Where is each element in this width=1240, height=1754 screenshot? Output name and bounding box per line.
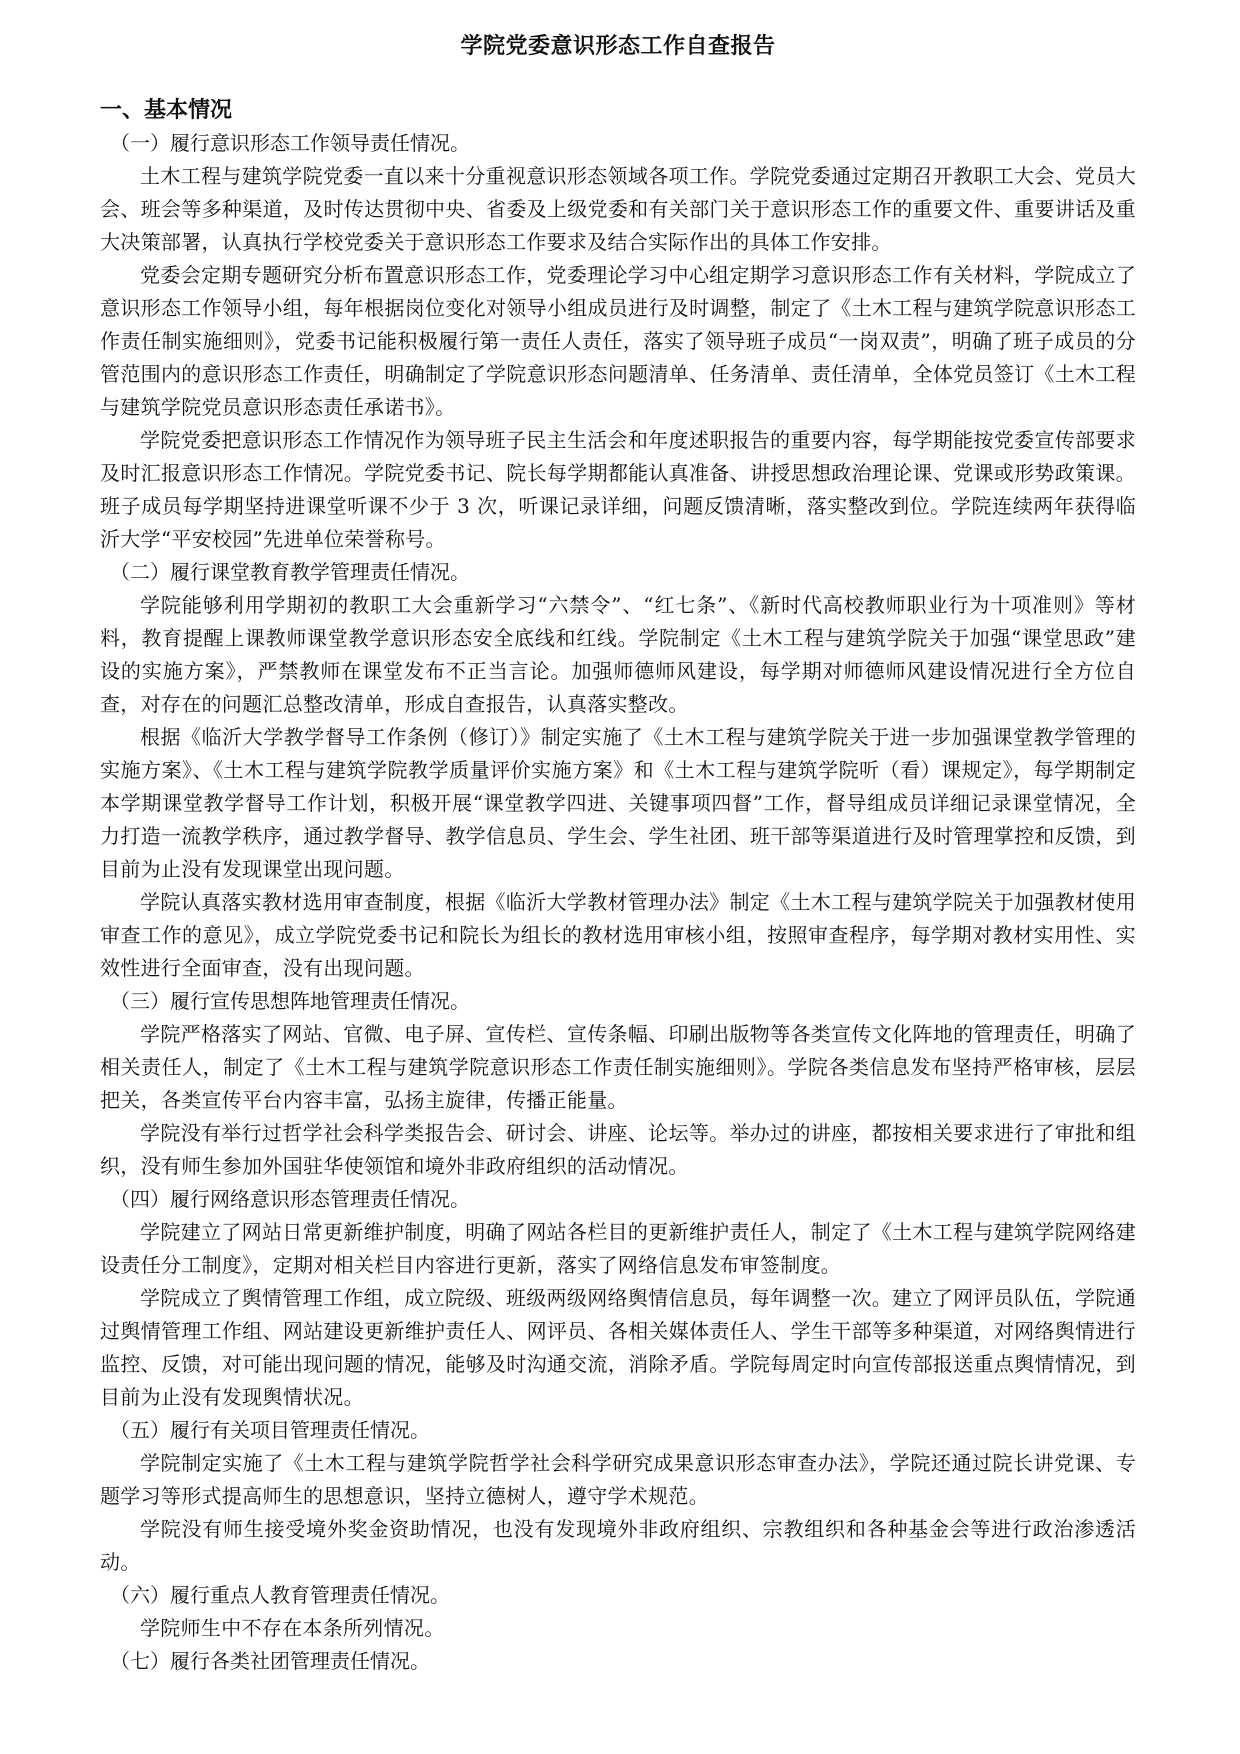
subsection-heading: （六）履行重点人教育管理责任情况。 xyxy=(100,1579,1136,1612)
section-heading: 一、基本情况 xyxy=(100,94,1136,127)
subsection-heading: （二）履行课堂教育教学管理责任情况。 xyxy=(100,556,1136,589)
paragraph: 学院没有师生接受境外奖金资助情况，也没有发现境外非政府组织、宗教组织和各种基金会… xyxy=(100,1513,1136,1579)
paragraph: 学院认真落实教材选用审查制度，根据《临沂大学教材管理办法》制定《土木工程与建筑学… xyxy=(100,886,1136,985)
paragraph: 根据《临沂大学教学督导工作条例（修订）》制定实施了《土木工程与建筑学院关于进一步… xyxy=(100,721,1136,886)
paragraph: 学院建立了网站日常更新维护制度，明确了网站各栏目的更新维护责任人，制定了《土木工… xyxy=(100,1216,1136,1282)
paragraph: 学院严格落实了网站、官微、电子屏、宣传栏、宣传条幅、印刷出版物等各类宣传文化阵地… xyxy=(100,1018,1136,1117)
paragraph: 党委会定期专题研究分析布置意识形态工作，党委理论学习中心组定期学习意识形态工作有… xyxy=(100,259,1136,424)
subsection-heading: （五）履行有关项目管理责任情况。 xyxy=(100,1414,1136,1447)
paragraph: 土木工程与建筑学院党委一直以来十分重视意识形态领域各项工作。学院党委通过定期召开… xyxy=(100,160,1136,259)
paragraph: 学院成立了舆情管理工作组，成立院级、班级两级网络舆情信息员，每年调整一次。建立了… xyxy=(100,1282,1136,1414)
subsection-heading: （一）履行意识形态工作领导责任情况。 xyxy=(100,127,1136,160)
subsection-heading: （四）履行网络意识形态管理责任情况。 xyxy=(100,1183,1136,1216)
paragraph: 学院制定实施了《土木工程与建筑学院哲学社会科学研究成果意识形态审查办法》，学院还… xyxy=(100,1447,1136,1513)
subsection-heading: （三）履行宣传思想阵地管理责任情况。 xyxy=(100,985,1136,1018)
paragraph: 学院党委把意识形态工作情况作为领导班子民主生活会和年度述职报告的重要内容，每学期… xyxy=(100,424,1136,556)
document-page: 学院党委意识形态工作自查报告 一、基本情况 （一）履行意识形态工作领导责任情况。… xyxy=(100,0,1136,1678)
paragraph: 学院能够利用学期初的教职工大会重新学习“六禁令”、“红七条”、《新时代高校教师职… xyxy=(100,589,1136,721)
paragraph: 学院师生中不存在本条所列情况。 xyxy=(100,1612,1136,1645)
subsection-heading: （七）履行各类社团管理责任情况。 xyxy=(100,1645,1136,1678)
paragraph: 学院没有举行过哲学社会科学类报告会、研讨会、讲座、论坛等。举办过的讲座，都按相关… xyxy=(100,1117,1136,1183)
document-title: 学院党委意识形态工作自查报告 xyxy=(100,30,1136,64)
